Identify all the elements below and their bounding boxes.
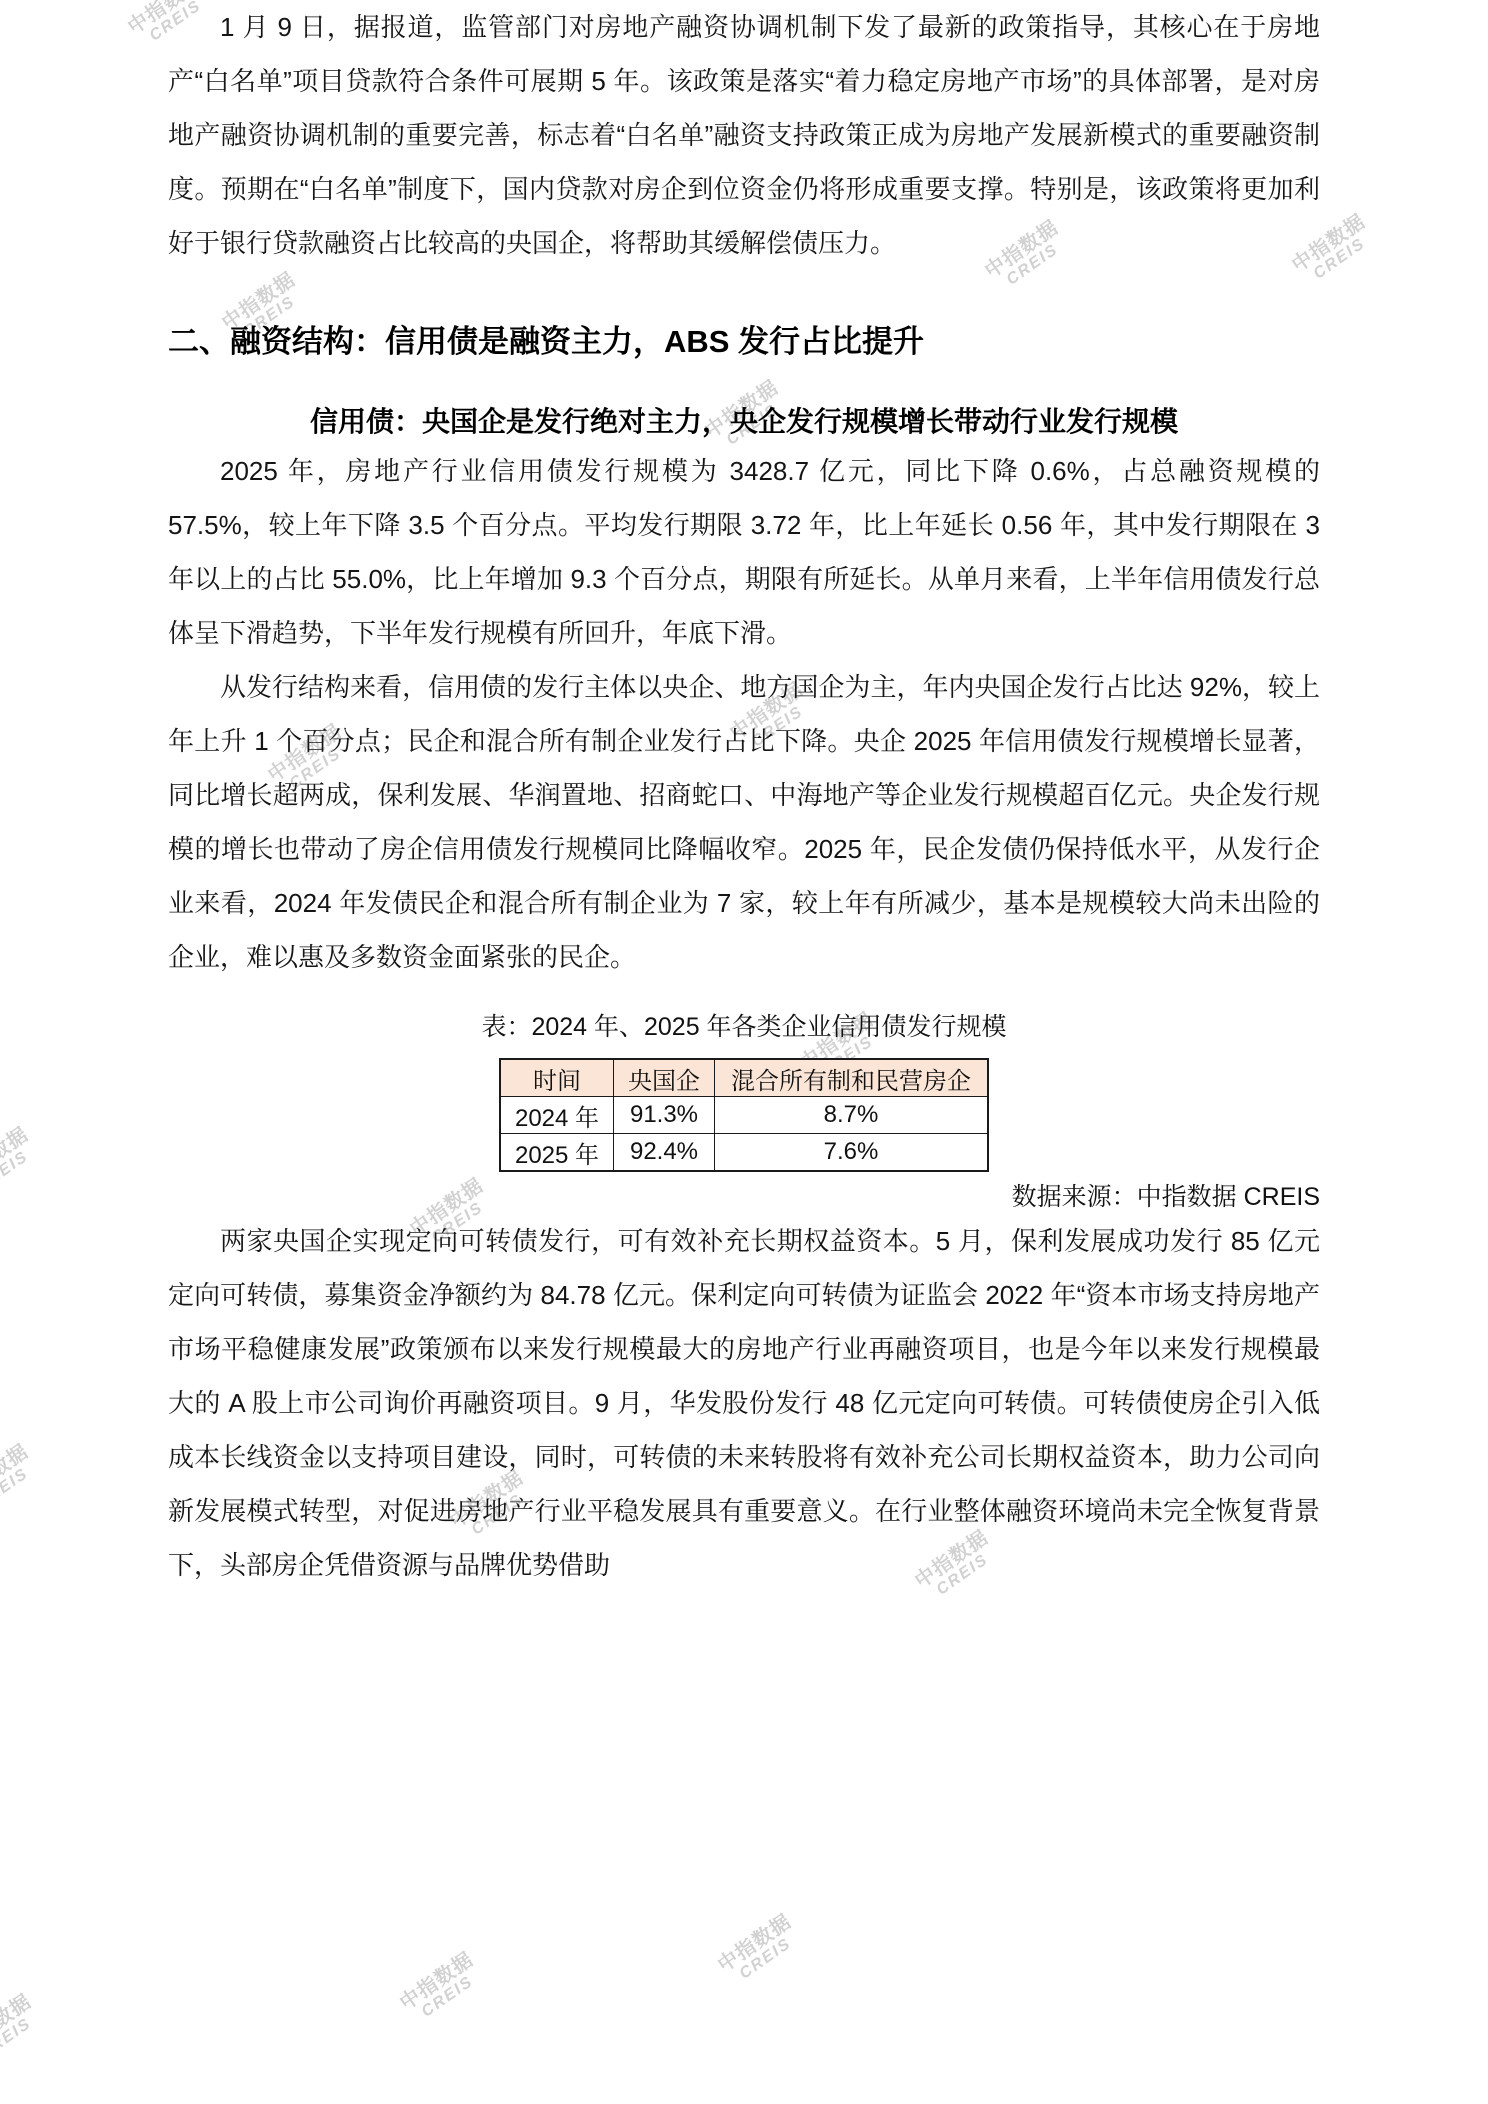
table-body: 2024 年91.3%8.7%2025 年92.4%7.6% [500,1097,988,1172]
watermark-brand-text: 中指数据 [0,1991,36,2056]
watermark-brand-text: 中指数据 [397,1949,478,2014]
credit-bond-issuance-table: 时间央国企混合所有制和民营房企 2024 年91.3%8.7%2025 年92.… [499,1058,989,1172]
paragraph-convertible-bond: 两家央国企实现定向可转债发行，可有效补充长期权益资本。5 月，保利发展成功发行 … [168,1214,1320,1592]
table-header-row: 时间央国企混合所有制和民营房企 [500,1059,988,1097]
watermark: 中指数据CREIS [0,1441,42,1520]
table-row: 2025 年92.4%7.6% [500,1134,988,1172]
watermark-creis-text: CREIS [0,2009,45,2071]
table-header-cell: 混合所有制和民营房企 [715,1059,989,1097]
paragraph-policy-whitelist: 1 月 9 日，据报道，监管部门对房地产融资协调机制下发了最新的政策指导，其核心… [168,0,1320,270]
table-head: 时间央国企混合所有制和民营房企 [500,1059,988,1097]
sub-heading-credit-bond: 信用债：央国企是发行绝对主力，央企发行规模增长带动行业发行规模 [168,400,1320,444]
paragraph-credit-bond-scale: 2025 年，房地产行业信用债发行规模为 3428.7 亿元，同比下降 0.6%… [168,444,1320,660]
watermark-creis-text: CREIS [409,1967,487,2029]
section-heading-financing-structure: 二、融资结构：信用债是融资主力，ABS 发行占比提升 [168,318,1320,366]
watermark-creis-text: CREIS [0,1459,42,1521]
page-content: 1 月 9 日，据报道，监管部门对房地产融资协调机制下发了最新的政策指导，其核心… [168,0,1320,1592]
watermark-creis-text: CREIS [0,1142,42,1204]
watermark: 中指数据CREIS [715,1911,805,1990]
watermark-brand-text: 中指数据 [0,1441,33,1506]
table-header-cell: 央国企 [614,1059,715,1097]
table-header-cell: 时间 [500,1059,614,1097]
data-source-note: 数据来源：中指数据 CREIS [168,1180,1320,1214]
watermark-creis-text: CREIS [727,1929,805,1991]
watermark: 中指数据CREIS [0,1124,42,1203]
table-row: 2024 年91.3%8.7% [500,1097,988,1134]
watermark-brand-text: 中指数据 [715,1911,796,1976]
watermark: 中指数据CREIS [0,1991,45,2070]
watermark: 中指数据CREIS [397,1949,487,2028]
paragraph-issuance-structure: 从发行结构来看，信用债的发行主体以央企、地方国企为主，年内央国企发行占比达 92… [168,660,1320,984]
table-cell: 2025 年 [500,1134,614,1172]
watermark-brand-text: 中指数据 [0,1124,33,1189]
table-cell: 8.7% [715,1097,989,1134]
table-cell: 91.3% [614,1097,715,1134]
table-cell: 92.4% [614,1134,715,1172]
table-cell: 7.6% [715,1134,989,1172]
table-caption: 表：2024 年、2025 年各类企业信用债发行规模 [168,1010,1320,1044]
table-cell: 2024 年 [500,1097,614,1134]
report-page: 中指数据CREIS中指数据CREIS中指数据CREIS中指数据CREIS中指数据… [0,0,1488,2104]
